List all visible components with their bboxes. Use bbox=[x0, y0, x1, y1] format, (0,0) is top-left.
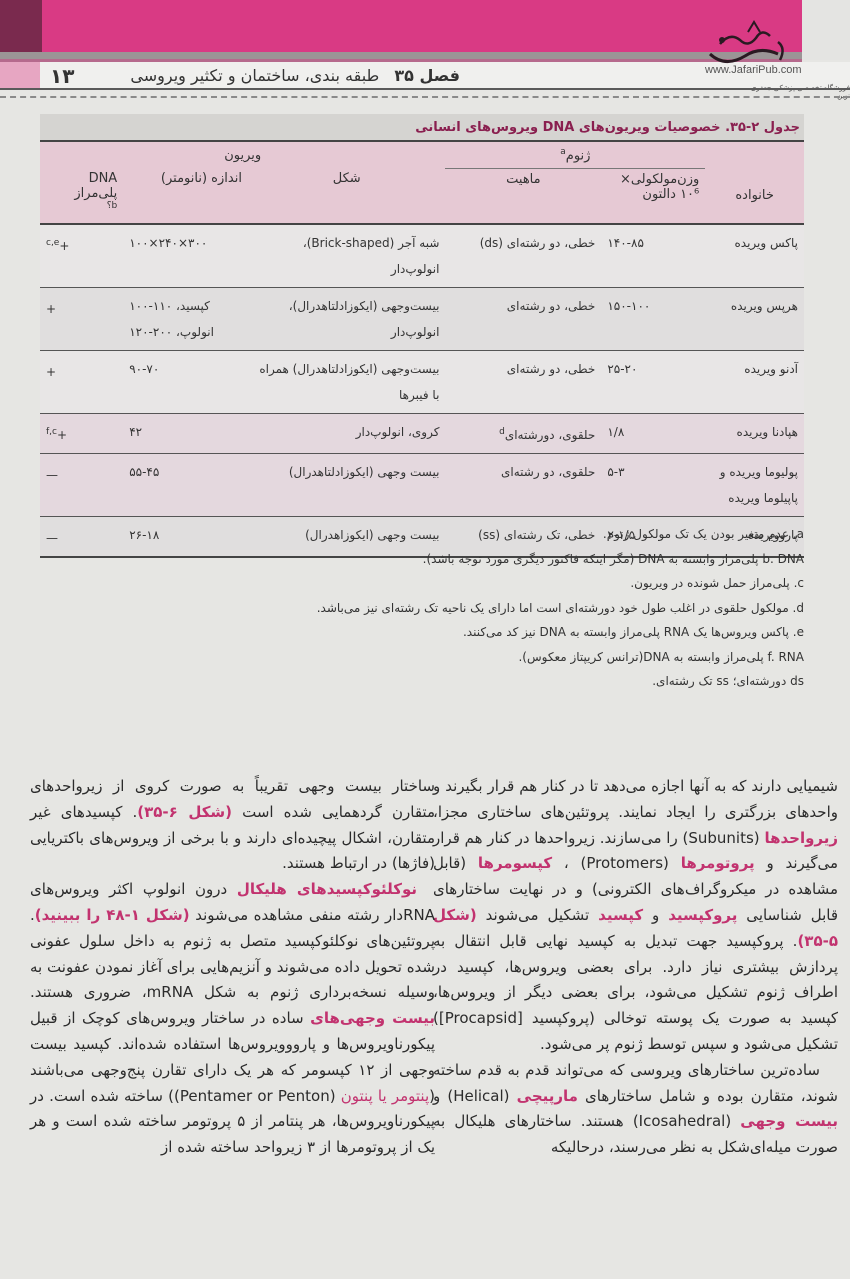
footnote-abbrev: ds دورشته‌ای؛ ss تک رشته‌ای. bbox=[240, 669, 804, 694]
table-row: پولیوما ویریده و پاپیلوما ویریده ۵-۳ حلق… bbox=[40, 454, 804, 517]
cell-shape: بیست وجهی (ایکوزادلتاهدرال) bbox=[248, 454, 445, 517]
cell-mw: ۵-۳ bbox=[601, 454, 705, 517]
cell-mw: ۱/۸ bbox=[601, 414, 705, 454]
table: ژنومa ویریون خانواده وزن‌مولکولی× ۱۰⁶ دا… bbox=[40, 142, 804, 558]
figure-reference[interactable]: (شکل ۱-۴۸ را ببینید) bbox=[35, 906, 190, 924]
publisher-logo-icon bbox=[700, 18, 790, 66]
cell-mw: ۱۴۰-۸۵ bbox=[601, 224, 705, 288]
term-capsomers: کپسومرها bbox=[478, 854, 552, 872]
cell-nature: خطی، دو رشته‌ای (ds) bbox=[445, 224, 601, 288]
chapter-label: فصل ۳۵ bbox=[394, 66, 460, 85]
term-procapsid: پروکپسید bbox=[668, 906, 737, 924]
body-column-right: شیمیایی دارند که به آنها اجازه می‌دهد تا… bbox=[433, 774, 838, 1161]
cell-shape: کروی، انولوپ‌دار bbox=[248, 414, 445, 454]
cell-polymerase: +c,e bbox=[40, 224, 123, 288]
table-row: آدنو ویریده ۲۵-۲۰ خطی، دو رشته‌ای بیست‌و… bbox=[40, 351, 804, 414]
footnote-f: f. RNA پلی‌مراز وابسته به DNA(ترانس کریپ… bbox=[240, 645, 804, 670]
term-subunits: زیرواحدها bbox=[764, 829, 838, 847]
cell-polymerase: — bbox=[40, 454, 123, 517]
running-head: فصل ۳۵ طبقه بندی، ساختمان و تکثیر ویروسی bbox=[110, 66, 460, 85]
cell-size: ۵۵-۴۵ bbox=[123, 454, 248, 517]
cell-mw: ۲۵-۲۰ bbox=[601, 351, 705, 414]
cell-nature: حلقوی، دورشته‌ایd bbox=[445, 414, 601, 454]
cell-shape: بیست‌وجهی (ایکوزادلتاهدرال)، انولوپ‌دار bbox=[248, 288, 445, 351]
publisher-url: www.JafariPub.com bbox=[705, 64, 802, 76]
table-row: هپادنا ویریده ۱/۸ حلقوی، دورشته‌ایd کروی… bbox=[40, 414, 804, 454]
paragraph: ساختار بیست وجهی تقریباً به صورت کروی از… bbox=[30, 774, 435, 877]
cell-family: پولیوما ویریده و پاپیلوما ویریده bbox=[705, 454, 804, 517]
cell-size: ۲۶-۱۸ bbox=[123, 517, 248, 558]
cell-polymerase: + bbox=[40, 288, 123, 351]
chapter-title: طبقه بندی، ساختمان و تکثیر ویروسی bbox=[130, 66, 379, 85]
table-group-virion: ویریون bbox=[40, 142, 445, 168]
cell-shape: شبه آجر (Brick-shaped)، انولوپ‌دار bbox=[248, 224, 445, 288]
column-header-size: اندازه (نانومتر) bbox=[123, 168, 248, 224]
term-icosahedra: بیست وجهی‌های bbox=[310, 1009, 435, 1027]
cell-family: آدنو ویریده bbox=[705, 351, 804, 414]
term-helical-nucleocapsids: نوکلئوکپسیدهای هلیکال bbox=[237, 880, 417, 898]
paragraph: شیمیایی دارند که به آنها اجازه می‌دهد تا… bbox=[433, 774, 838, 1058]
cell-polymerase: +f,c bbox=[40, 414, 123, 454]
dna-virus-table: جدول ۲-۳۵. خصوصیات ویریون‌های DNA ویروس‌… bbox=[40, 114, 804, 558]
page-tab bbox=[0, 62, 40, 88]
paragraph: نوکلئوکپسیدهای هلیکال درون انولوپ اکثر و… bbox=[30, 877, 435, 1161]
table-header-spacer bbox=[705, 142, 804, 168]
cell-size: ۹۰-۷۰ bbox=[123, 351, 248, 414]
cell-size: ۴۲ bbox=[123, 414, 248, 454]
header-band-gray bbox=[0, 52, 802, 59]
cell-shape: بیست‌وجهی (ایکوزادلتاهدرال) همراه با فیب… bbox=[248, 351, 445, 414]
header-rule bbox=[0, 88, 850, 90]
column-header-molecular-weight: وزن‌مولکولی× ۱۰⁶ دالتون bbox=[601, 168, 705, 224]
term-icosahedral: بیست وجهی bbox=[740, 1112, 838, 1130]
cell-nature: خطی، دو رشته‌ای bbox=[445, 351, 601, 414]
paragraph: ساده‌ترین ساختارهای ویروسی که می‌تواند ق… bbox=[433, 1058, 838, 1161]
column-header-family: خانواده bbox=[705, 168, 804, 224]
term-helical: مارپیچی bbox=[517, 1087, 578, 1105]
body-column-left: ساختار بیست وجهی تقریباً به صورت کروی از… bbox=[30, 774, 435, 1161]
cell-size: کپسید، ۱۱۰-۱۰۰ انولوپ، ۲۰۰-۱۲۰ bbox=[123, 288, 248, 351]
footnote-a: a. عدم متغیر بودن یک تک مولکول ژنوم. bbox=[240, 522, 804, 547]
column-header-nature: ماهیت bbox=[445, 168, 601, 224]
cell-family: هپادنا ویریده bbox=[705, 414, 804, 454]
cell-nature: خطی، دو رشته‌ای bbox=[445, 288, 601, 351]
header-band-right bbox=[802, 0, 850, 60]
table-caption: جدول ۲-۳۵. خصوصیات ویریون‌های DNA ویروس‌… bbox=[40, 114, 804, 142]
cell-nature: حلقوی، دو رشته‌ای bbox=[445, 454, 601, 517]
cell-polymerase: — bbox=[40, 517, 123, 558]
page-number: ۱۳ bbox=[50, 64, 74, 88]
term-pentamer: پنتومر یا پنتون bbox=[341, 1087, 429, 1105]
table-row: هرپس ویریده ۱۵۰-۱۰۰ خطی، دو رشته‌ای بیست… bbox=[40, 288, 804, 351]
table-footnotes: a. عدم متغیر بودن یک تک مولکول ژنوم. b. … bbox=[240, 522, 804, 694]
footnote-b: b. DNA پلی‌مراز وابسته به DNA (مگر اینکه… bbox=[240, 547, 804, 572]
cell-family: پاکس ویریده bbox=[705, 224, 804, 288]
header-band-dark bbox=[0, 0, 42, 52]
footnote-d: d. مولکول حلقوی در اغلب طول خود دورشته‌ا… bbox=[240, 596, 804, 621]
column-header-polymerase: DNA پلی‌مرازb؟ bbox=[40, 168, 123, 224]
footnote-c: c. پلی‌مراز حمل شونده در ویریون. bbox=[240, 571, 804, 596]
term-capsid: کپسید bbox=[598, 906, 643, 924]
cell-polymerase: + bbox=[40, 351, 123, 414]
cell-family: هرپس ویریده bbox=[705, 288, 804, 351]
table-row: پاکس ویریده ۱۴۰-۸۵ خطی، دو رشته‌ای (ds) … bbox=[40, 224, 804, 288]
table-group-genome: ژنومa bbox=[445, 142, 705, 168]
footnote-e: e. پاکس ویروس‌ها یک RNA پلی‌مراز وابسته … bbox=[240, 620, 804, 645]
figure-reference[interactable]: (شکل ۶-۳۵) bbox=[137, 803, 232, 821]
header-dashed-rule bbox=[0, 96, 850, 98]
column-header-shape: شکل bbox=[248, 168, 445, 224]
header-band-pink bbox=[42, 0, 802, 52]
cell-size: ۳۰۰×۲۴۰×۱۰۰ bbox=[123, 224, 248, 288]
cell-mw: ۱۵۰-۱۰۰ bbox=[601, 288, 705, 351]
term-protomers: پروتومرها bbox=[681, 854, 755, 872]
